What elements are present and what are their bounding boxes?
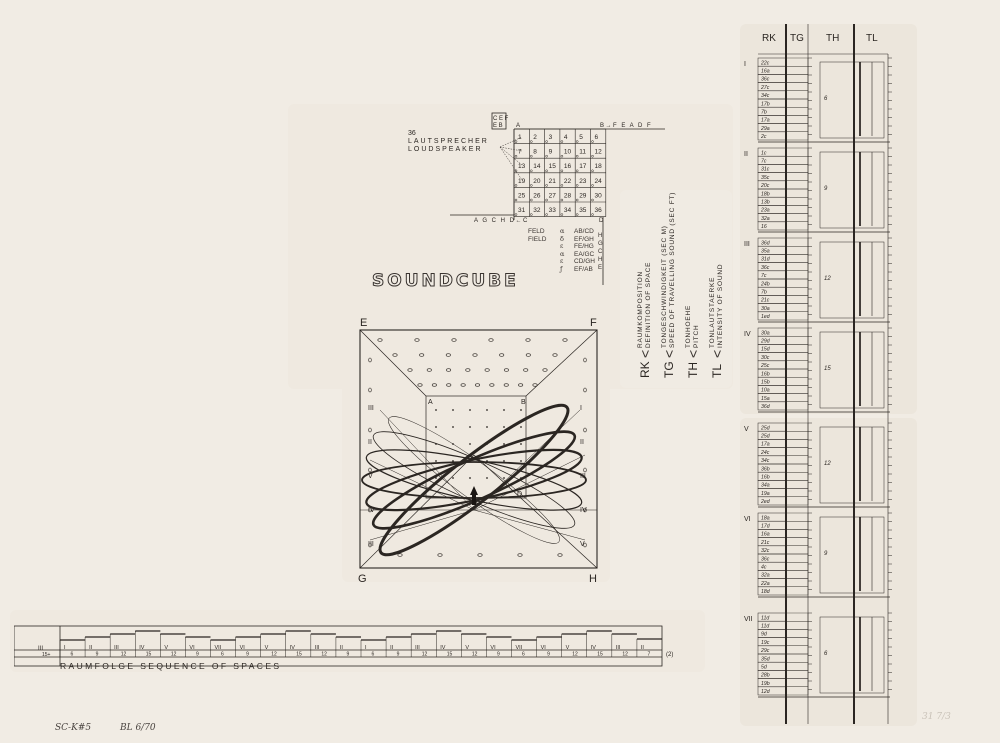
sequence-end-label: (2) (666, 652, 673, 658)
space-value: 12 (422, 652, 428, 658)
rk-cell: 36d (761, 240, 771, 246)
rk-cell: 7c (761, 273, 767, 279)
rk-cell: 21c (760, 298, 770, 304)
space-roman: III (114, 645, 119, 651)
rk-cell: 36c (761, 556, 770, 562)
score-header: RK (762, 33, 776, 44)
space-value: 9 (96, 652, 99, 658)
speaker-cell: 17 (579, 163, 587, 170)
loop-label: II (368, 439, 372, 446)
vertical-letters: H G C H E (598, 232, 604, 272)
rk-cell: 30a (761, 306, 770, 312)
speaker-cell: 36 (595, 207, 603, 214)
rk-cell: 35c (761, 175, 770, 181)
space-value: 6 (221, 652, 224, 658)
grid-corner-a: A (516, 123, 520, 129)
corner-box-text-1: C E F (493, 116, 509, 122)
rk-cell: 28b (760, 673, 770, 679)
space-value: 12 (271, 652, 277, 658)
abbreviation-item: TG<TONGESCHWINDIGKEIT (SEC M)SPEED OF TR… (658, 188, 680, 378)
speaker-cell: 22 (564, 178, 572, 185)
speaker-cell: 26 (533, 192, 541, 199)
speaker-cell: 11 (579, 149, 586, 156)
space-roman: VII (215, 645, 222, 651)
rk-cell: 30a (761, 330, 770, 336)
score-header: TL (866, 33, 878, 44)
space-roman: V (265, 645, 269, 651)
rk-cell: 7c (761, 159, 767, 165)
section-roman: V (744, 426, 749, 433)
speaker-count: 36 (408, 130, 416, 137)
speaker-cell: 33 (549, 207, 557, 214)
rk-cell: 7b (761, 290, 767, 296)
space-value: 7 (647, 652, 650, 658)
field-label-en: FIELD (528, 236, 556, 244)
space-value: 9 (246, 652, 249, 658)
space-roman: VI (541, 645, 547, 651)
rk-cell: 30c (761, 355, 770, 361)
rk-cell: 36b (761, 466, 770, 472)
rk-cell: 9d (761, 632, 768, 638)
rk-cell: 34c (761, 458, 770, 464)
tg-value: 12 (824, 461, 831, 467)
speaker-cell: 15 (549, 163, 557, 170)
speaker-cell: 30 (595, 192, 603, 199)
section-roman: VI (744, 516, 751, 523)
rk-cell: 29a (760, 126, 770, 132)
space-roman: VI (490, 645, 496, 651)
space-roman: VI (240, 645, 246, 651)
speaker-cell: 19 (518, 178, 526, 185)
space-roman: VI (189, 645, 195, 651)
space-value: 9 (346, 652, 349, 658)
rk-cell: 32c (761, 548, 770, 554)
space-value: 9 (397, 652, 400, 658)
space-roman: III (315, 645, 320, 651)
rk-cell: 15d (761, 347, 771, 353)
corner-g: G (358, 573, 367, 585)
speaker-cell: 10 (564, 149, 572, 156)
rk-cell: 15a (761, 396, 770, 402)
space-roman: IV (591, 645, 597, 651)
corner-a: A (428, 399, 433, 406)
bottom-right-label: D (599, 218, 604, 224)
loop-label: II (580, 439, 584, 446)
rk-cell: 29d (760, 339, 771, 345)
speaker-cell: 8 (533, 149, 537, 156)
rk-cell: 24b (760, 281, 770, 287)
section-roman: IV (744, 331, 751, 338)
rk-cell: 13b (761, 200, 770, 206)
score-table: RKTGTHTL I22c16a36c27c34c17b7b17a29a2c6I… (740, 24, 920, 729)
rk-cell: 25d (760, 434, 771, 440)
abbreviation-item: TL<TONLAUTSTAERKEINTENSITY OF SOUND (706, 188, 728, 378)
tg-value: 6 (824, 96, 828, 102)
loop-label: III (580, 473, 586, 480)
space-roman: VII (516, 645, 523, 651)
rk-cell: 17a (761, 118, 770, 124)
space-roman: III (616, 645, 621, 651)
speaker-cell: 4 (564, 134, 568, 141)
rk-cell: 22c (760, 60, 770, 66)
space-value: 6 (71, 652, 74, 658)
rk-cell: 2c (760, 134, 767, 140)
speaker-cell: 35 (579, 207, 587, 214)
speaker-cell: 25 (518, 192, 526, 199)
space-roman: IV (440, 645, 446, 651)
space-roman: II (641, 645, 645, 651)
abbreviation-item: RK<RAUMKOMPOSITIONDEFINITION OF SPACE (634, 188, 656, 378)
space-roman: V (465, 645, 469, 651)
speaker-cell: 18 (595, 163, 603, 170)
space-value: 12 (121, 652, 127, 658)
field-label-de: FELD (528, 228, 556, 236)
corner-b: B (521, 399, 526, 406)
rk-cell: 36d (761, 404, 771, 410)
rk-cell: 34a (761, 483, 770, 489)
speaker-cell: 1 (518, 134, 522, 141)
sequence-caption: RAUMFOLGE SEQUENCE OF SPACES (60, 661, 282, 671)
rk-cell: 19c (761, 640, 770, 646)
annotation-catalog: SC-K#5 (55, 723, 91, 733)
rk-cell: 16b (761, 475, 770, 481)
space-value: 12 (622, 652, 628, 658)
rk-cell: 19a (761, 491, 770, 497)
rk-cell: 16 (761, 224, 767, 230)
rk-cell: 16b (761, 371, 770, 377)
space-value: 12 (572, 652, 578, 658)
section-roman: VII (744, 616, 753, 623)
rk-cell: 21c (760, 540, 770, 546)
rk-cell: 35a (761, 249, 770, 255)
rk-cell: 2ed (760, 499, 771, 505)
rk-cell: 34c (761, 93, 770, 99)
annotation-ref: 31 7/3 (922, 712, 951, 722)
rk-cell: 25d (760, 425, 771, 431)
rk-cell: 17d (761, 524, 771, 530)
loop-label: V (368, 473, 373, 480)
rk-cell: 19b (761, 681, 770, 687)
rk-cell: 32a (761, 573, 770, 579)
top-right-label: B→F E A D F (600, 123, 652, 129)
rk-cell: 11d (761, 624, 770, 630)
speaker-cell: 34 (564, 207, 572, 214)
tg-value: 9 (824, 186, 828, 192)
loop-label: III (368, 541, 374, 548)
rk-cell: 12d (761, 689, 771, 695)
rk-cell: 29c (760, 648, 770, 654)
speaker-cell: 24 (595, 178, 603, 185)
annotation-date: BL 6/70 (120, 723, 156, 733)
space-roman: II (89, 645, 93, 651)
rk-cell: 7b (761, 110, 767, 116)
space-roman: V (566, 645, 570, 651)
space-value: 6 (522, 652, 525, 658)
space-value: 15 (296, 652, 302, 658)
score-header: TH (826, 33, 839, 44)
space-value: 9 (196, 652, 199, 658)
rk-cell: 20c (760, 183, 770, 189)
space-value: 9 (547, 652, 550, 658)
space-roman: II (390, 645, 394, 651)
loop-label: V (580, 541, 585, 548)
speaker-cell: 29 (579, 192, 587, 199)
space-value: 6 (372, 652, 375, 658)
bottom-left-label: A G C H D←C (474, 218, 529, 224)
corner-box-text-2: E B (493, 123, 503, 129)
space-roman: V (164, 645, 168, 651)
space-roman: II (340, 645, 344, 651)
loop-label: III (368, 405, 374, 412)
speaker-cell: 20 (533, 178, 541, 185)
corner-f: F (590, 317, 597, 329)
rk-cell: 36c (761, 77, 770, 83)
speaker-cell: 12 (595, 149, 603, 156)
space-value: 15 (597, 652, 603, 658)
speaker-cell: 23 (579, 178, 587, 185)
corner-h: H (589, 573, 597, 585)
speaker-cell: 9 (549, 149, 553, 156)
section-roman: III (744, 241, 750, 248)
rk-cell: 35d (761, 656, 771, 662)
rk-cell: 16a (761, 69, 770, 75)
speaker-cell: 7 (518, 149, 522, 156)
rk-cell: 18a (761, 515, 770, 521)
abbreviation-legend: RK<RAUMKOMPOSITIONDEFINITION OF SPACETG<… (634, 188, 724, 378)
corner-d: D (517, 491, 522, 498)
rk-cell: 4c (761, 565, 767, 571)
speaker-cell: 32 (533, 207, 541, 214)
space-value: 9 (497, 652, 500, 658)
soundcube-title: SOUNDCUBE (372, 271, 519, 291)
speaker-cell: 6 (595, 134, 599, 141)
rk-cell: 10a (761, 388, 770, 394)
score-header: TG (790, 33, 804, 44)
sequence-start-sub: 15+ (42, 652, 51, 658)
rk-cell: 23a (760, 208, 770, 214)
rk-cell: 18b (761, 191, 770, 197)
abbreviation-item: TH<TONHOEHEPITCH (682, 188, 704, 378)
rk-cell: 31c (761, 167, 770, 173)
rk-cell: 18d (761, 589, 771, 595)
rk-cell: 22a (760, 581, 770, 587)
space-value: 12 (171, 652, 177, 658)
speaker-cell: 5 (579, 134, 583, 141)
speaker-cell: 21 (549, 178, 557, 185)
section-roman: II (744, 151, 748, 158)
space-roman: IV (139, 645, 145, 651)
rk-cell: 36c (761, 265, 770, 271)
tg-value: 9 (824, 551, 828, 557)
rk-cell: 15b (761, 380, 770, 386)
rk-cell: 25c (760, 363, 770, 369)
speaker-cell: 28 (564, 192, 572, 199)
speaker-cell: 16 (564, 163, 572, 170)
loop-label: I (580, 405, 582, 412)
speaker-cell: 31 (518, 207, 526, 214)
space-roman: IV (290, 645, 296, 651)
rk-cell: 11d (761, 615, 770, 621)
rk-cell: 31d (761, 257, 771, 263)
tg-value: 12 (824, 276, 831, 282)
rk-cell: 1ed (761, 314, 771, 320)
section-roman: I (744, 61, 746, 68)
space-value: 15 (146, 652, 152, 658)
rk-cell: 16a (761, 532, 770, 538)
speaker-cell: 2 (533, 134, 537, 141)
tg-value: 6 (824, 651, 828, 657)
speaker-cell: 14 (533, 163, 541, 170)
speaker-label-de: LAUTSPRECHER (408, 138, 489, 145)
rk-cell: 1c (761, 150, 767, 156)
space-value: 12 (321, 652, 327, 658)
space-value: 12 (472, 652, 478, 658)
space-roman: III (415, 645, 420, 651)
rk-cell: 24c (760, 450, 770, 456)
tg-value: 15 (824, 366, 831, 372)
soundcube-perspective-diagram: E F G H A B D IIIIIVIVIIIIIIIIIIVV (340, 310, 610, 590)
speaker-label-en: LOUDSPEAKER (408, 146, 483, 153)
space-value: 15 (447, 652, 453, 658)
speaker-cell: 3 (549, 134, 553, 141)
rk-cell: 17a (761, 442, 770, 448)
rk-cell: 5d (761, 665, 768, 671)
rk-cell: 32a (761, 216, 770, 222)
loop-label: IV (368, 507, 375, 514)
speaker-cell: 13 (518, 163, 526, 170)
rk-cell: 27c (760, 85, 770, 91)
speaker-cell: 27 (549, 192, 557, 199)
loudspeaker-grid-diagram: 1234567891011121314151617181920212223242… (390, 105, 670, 285)
corner-e: E (360, 317, 367, 329)
loop-label: IV (580, 507, 587, 514)
rk-cell: 17b (761, 101, 770, 107)
